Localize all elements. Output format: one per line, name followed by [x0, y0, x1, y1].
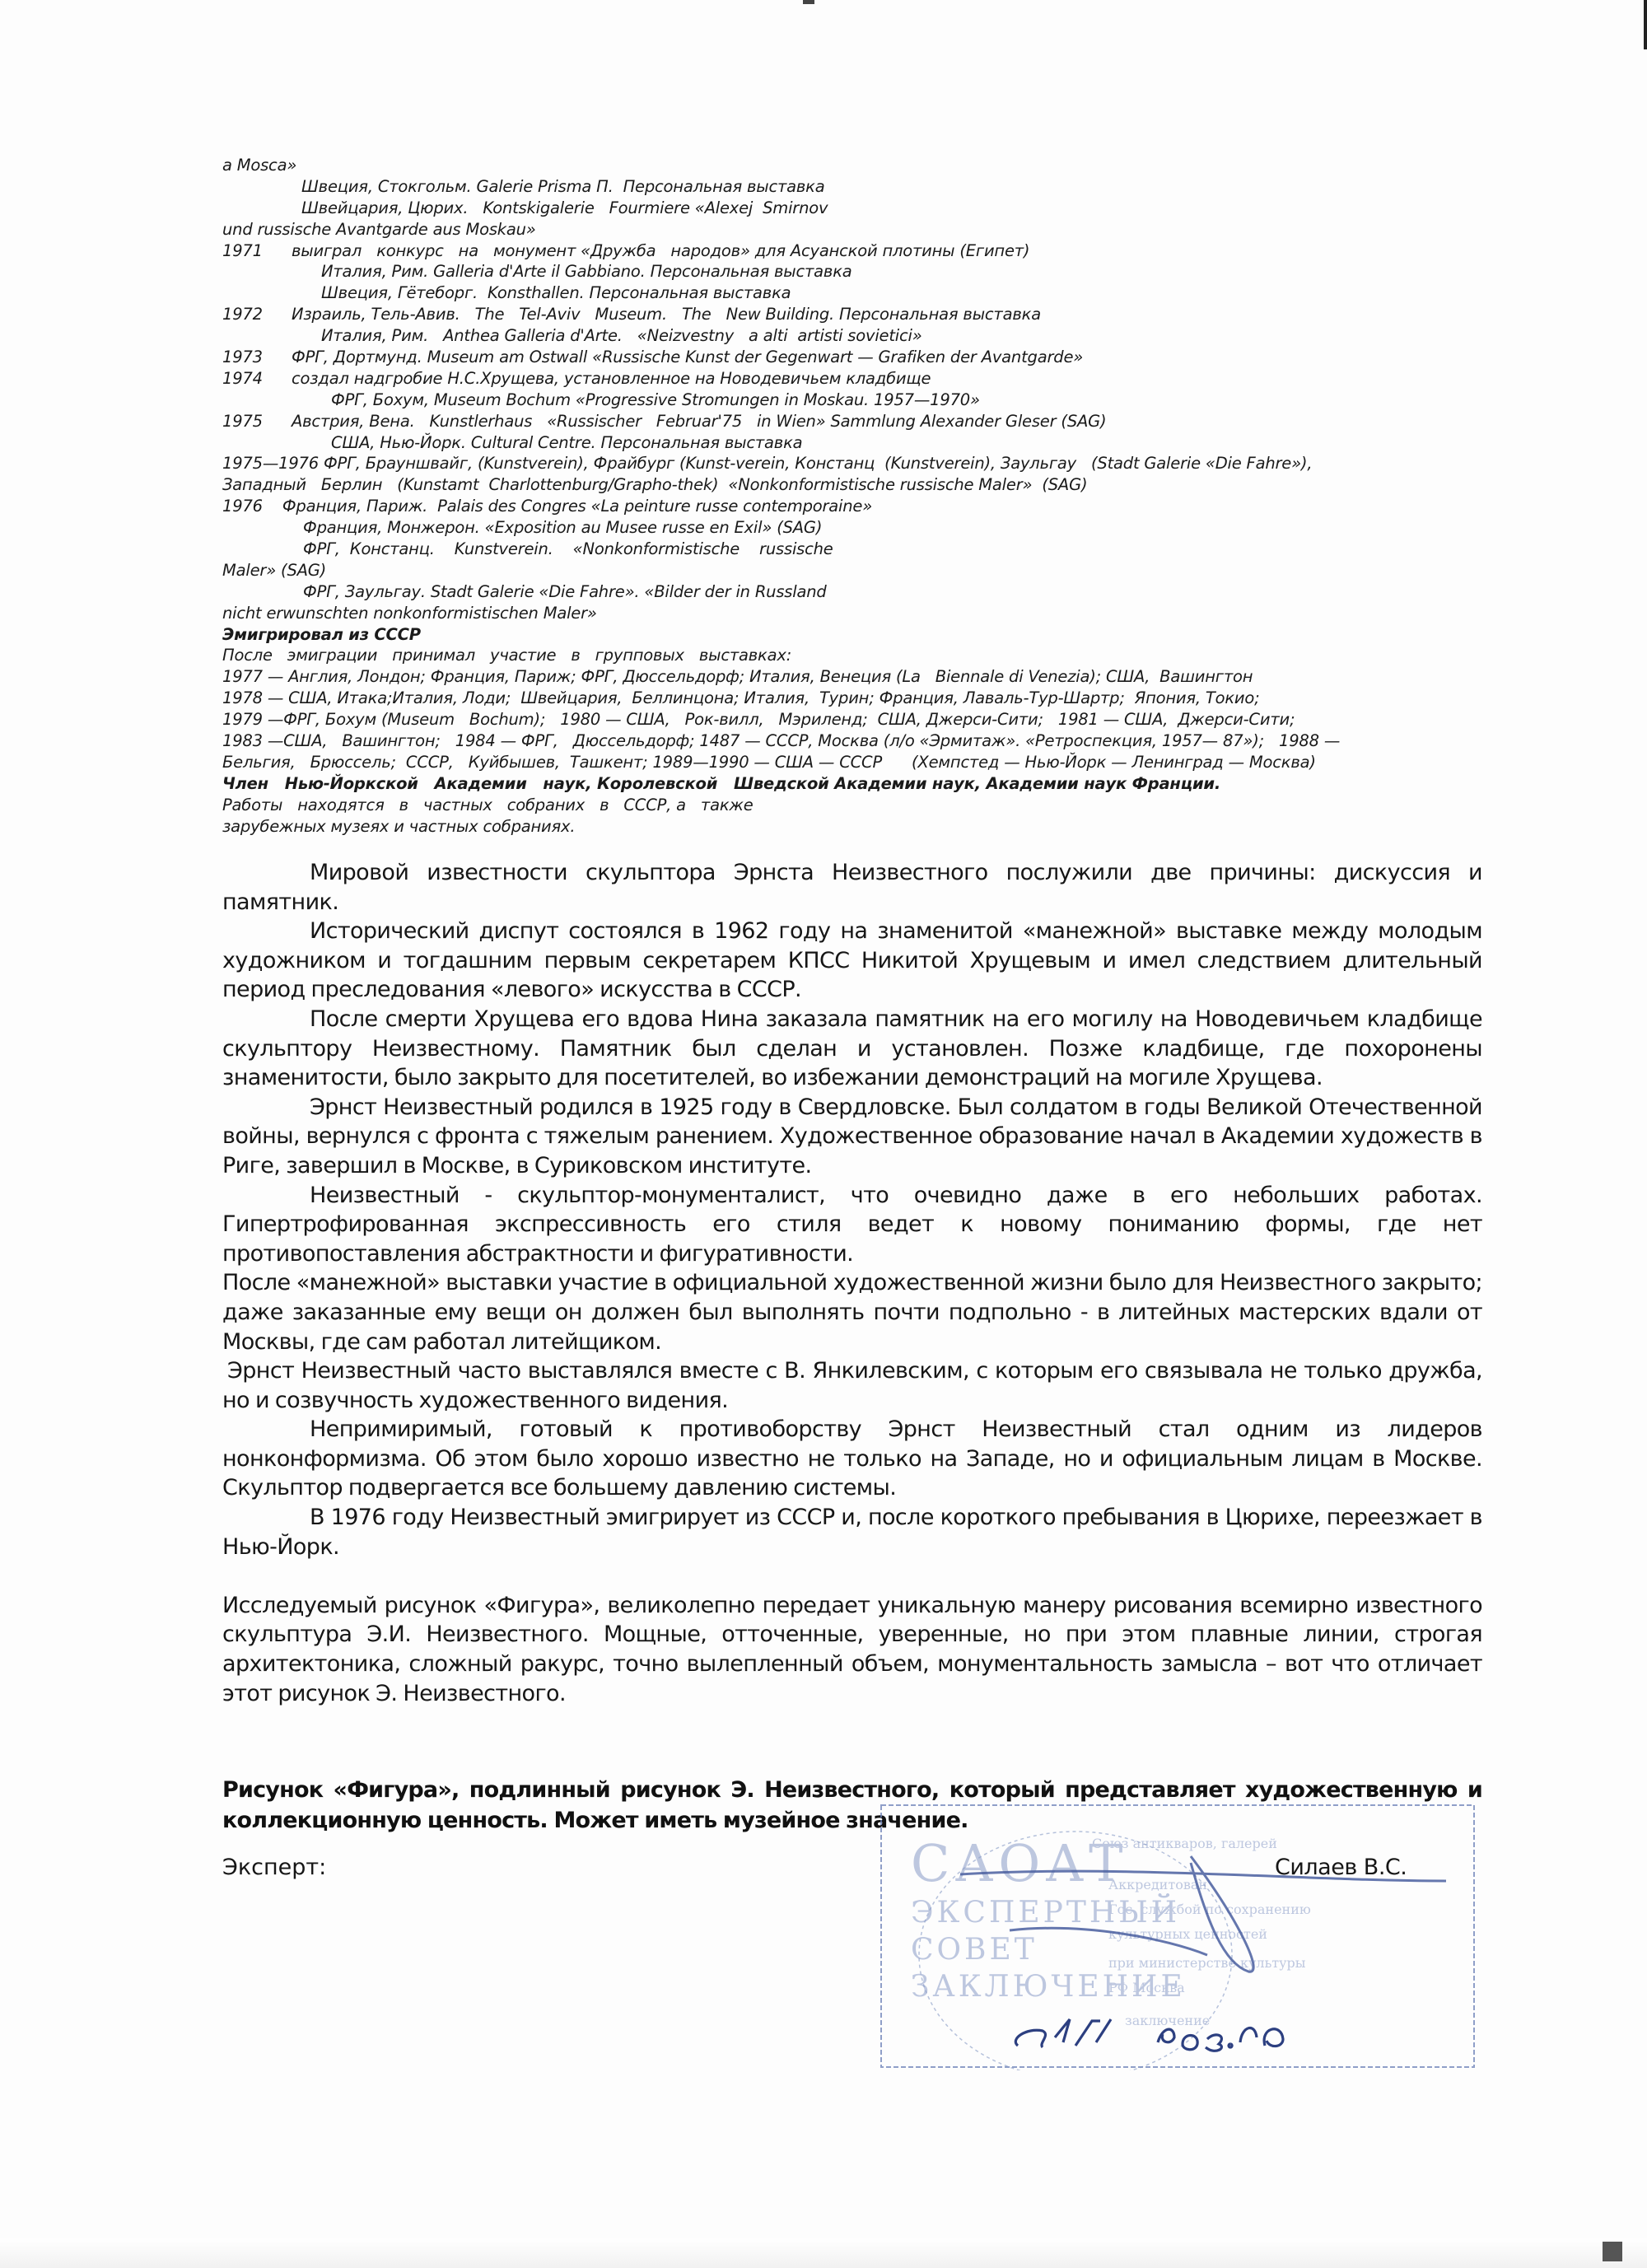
document-page: a Mosca»Швеция, Стокгольм. Galerie Prism… — [0, 0, 1647, 2268]
exhibition-line: 1978 — США, Итака;Италия, Лоди; Швейцари… — [222, 688, 1482, 709]
body-paragraph: После смерти Хрущева его вдова Нина зака… — [222, 1005, 1482, 1093]
exhibition-text: Италия, Рим. Galleria d'Arte il Gabbiano… — [321, 262, 852, 281]
svg-text:заключение: заключение — [1125, 2013, 1210, 2028]
exhibition-text: Швейцария, Цюрих. Kontskigalerie Fourmie… — [301, 198, 828, 217]
exhibition-text: США, Нью-Йорк. Cultural Centre. Персонал… — [321, 433, 802, 452]
exhibition-text: Италия, Рим. Anthea Galleria d'Arte. «Ne… — [321, 326, 922, 345]
exhibition-line: Италия, Рим. Anthea Galleria d'Arte. «Ne… — [222, 325, 1482, 347]
exhibition-year: 1972 — [222, 304, 292, 325]
exhibition-line: ФРГ, Бохум, Museum Bochum «Progressive S… — [222, 390, 1482, 411]
exhibition-line: Швеция, Стокгольм. Galerie Prisma П. Пер… — [222, 176, 1482, 198]
exhibition-text: зарубежных музеях и частных собраниях. — [222, 817, 575, 836]
exhibition-text: выиграл конкурс на монумент «Дружба наро… — [292, 241, 1029, 260]
scan-edge-mark — [1644, 0, 1647, 49]
exhibition-year: 1973 — [222, 347, 292, 368]
svg-text:САОАТ: САОАТ — [911, 1833, 1128, 1893]
exhibition-text: 1975—1976 ФРГ, Брауншвайг, (Kunstverein)… — [222, 454, 1312, 473]
exhibition-text: 1978 — США, Итака;Италия, Лоди; Швейцари… — [222, 688, 1260, 707]
exhibition-line: 1983 —США, Вашингтон; 1984 — ФРГ, Дюссел… — [222, 730, 1482, 752]
body-paragraph: Эрнст Неизвестный часто выставлялся вмес… — [222, 1356, 1482, 1415]
exhibition-line: Швейцария, Цюрих. Kontskigalerie Fourmie… — [222, 198, 1482, 219]
exhibition-line: 1977 — Англия, Лондон; Франция, Париж; Ф… — [222, 666, 1482, 688]
body-paragraph: Мировой известности скульптора Эрнста Не… — [222, 858, 1482, 917]
expert-label: Эксперт: — [222, 1855, 326, 1880]
body-paragraph: Непримиримый, готовый к противоборству Э… — [222, 1415, 1482, 1503]
exhibition-text: Работы находятся в частных собраних в СС… — [222, 796, 754, 814]
exhibition-line: Западный Берлин (Kunstamt Charlottenburg… — [222, 474, 1482, 496]
svg-text:Гос. службой по сохранению: Гос. службой по сохранению — [1108, 1902, 1311, 1917]
svg-text:Союз антикваров, галерей: Союз антикваров, галерей — [1092, 1836, 1277, 1851]
exhibition-line: Франция, Монжерон. «Exposition au Musee … — [222, 517, 1482, 539]
conclusion-text: Рисунок «Фигура», подлинный рисунок Э. Н… — [222, 1775, 1482, 1836]
body-text: Мировой известности скульптора Эрнста Не… — [222, 858, 1482, 1708]
exhibition-text: Франция, Монжерон. «Exposition au Musee … — [293, 518, 822, 537]
exhibition-line: Бельгия, Брюссель; СССР, Куйбышев, Ташке… — [222, 752, 1482, 773]
body-paragraph: После «манежной» выставки участие в офиц… — [222, 1268, 1482, 1356]
scan-mark — [803, 0, 814, 4]
scan-bottom-edge — [0, 2238, 1647, 2268]
exhibition-text: Maler» (SAG) — [222, 561, 326, 580]
exhibition-line: 1975Австрия, Вена. Kunstlerhaus «Russisc… — [222, 411, 1482, 432]
svg-text:при министерстве культуры: при министерстве культуры — [1108, 1955, 1306, 1971]
body-paragraph: Исследуемый рисунок «Фигура», великолепн… — [222, 1591, 1482, 1708]
official-stamp: САОАТ ЭКСПЕРТНЫЙ СОВЕТ ЗАКЛЮЧЕНИЕ Союз а… — [878, 1799, 1487, 2070]
exhibition-year: 1974 — [222, 368, 292, 390]
exhibition-line: Италия, Рим. Galleria d'Arte il Gabbiano… — [222, 261, 1482, 282]
exhibition-text: Австрия, Вена. Kunstlerhaus «Russischer … — [292, 412, 1106, 431]
exhibition-text: Западный Берлин (Kunstamt Charlottenburg… — [222, 475, 1087, 494]
exhibition-line: 1973ФРГ, Дортмунд. Museum am Ostwall «Ru… — [222, 347, 1482, 368]
svg-text:РФ Москва: РФ Москва — [1108, 1980, 1185, 1995]
exhibition-line: 1979 —ФРГ, Бохум (Museum Bochum); 1980 —… — [222, 709, 1482, 730]
exhibition-text: und russische Avantgarde aus Moskau» — [222, 220, 536, 239]
scan-corner-mark — [1603, 2242, 1622, 2261]
svg-text:культурных ценностей: культурных ценностей — [1108, 1926, 1267, 1942]
exhibition-text: ФРГ, Констанц. Kunstverein. «Nonkonformi… — [293, 539, 833, 558]
exhibition-text: ФРГ, Заульгау. Stadt Galerie «Die Fahre»… — [293, 582, 827, 601]
exhibition-line: ФРГ, Констанц. Kunstverein. «Nonkonformi… — [222, 539, 1482, 560]
exhibition-text: 1976 Франция, Париж. Palais des Congres … — [222, 497, 872, 516]
exhibition-text: 1977 — Англия, Лондон; Франция, Париж; Ф… — [222, 667, 1253, 686]
exhibition-line: a Mosca» — [222, 155, 1482, 176]
exhibition-line: und russische Avantgarde aus Moskau» — [222, 219, 1482, 240]
body-paragraph: В 1976 году Неизвестный эмигрирует из СС… — [222, 1503, 1482, 1561]
exhibition-text: Эмигрировал из СССР — [222, 625, 421, 644]
exhibition-line: Работы находятся в частных собраних в СС… — [222, 795, 1482, 816]
exhibition-text: После эмиграции принимал участие в групп… — [222, 646, 791, 665]
svg-text:СОВЕТ: СОВЕТ — [911, 1933, 1038, 1967]
svg-text:ЗАКЛЮЧЕНИЕ: ЗАКЛЮЧЕНИЕ — [911, 1970, 1186, 2004]
exhibition-line: ФРГ, Заульгау. Stadt Galerie «Die Fahre»… — [222, 581, 1482, 603]
exhibition-text: 1979 —ФРГ, Бохум (Museum Bochum); 1980 —… — [222, 710, 1295, 729]
exhibition-text: Бельгия, Брюссель; СССР, Куйбышев, Ташке… — [222, 753, 1316, 772]
exhibition-text: Израиль, Тель-Авив. The Tel-Aviv Museum.… — [292, 305, 1041, 324]
svg-text:ЭКСПЕРТНЫЙ: ЭКСПЕРТНЫЙ — [911, 1894, 1180, 1930]
expert-name: Силаев В.С. — [1275, 1855, 1407, 1880]
exhibition-year: 1971 — [222, 240, 292, 262]
exhibition-text: Швеция, Гётеборг. Konsthallen. Персональ… — [321, 283, 791, 302]
exhibition-text: nicht erwunschten nonkonformistischen Ma… — [222, 604, 597, 623]
exhibition-line: 1976 Франция, Париж. Palais des Congres … — [222, 496, 1482, 517]
exhibition-line: Эмигрировал из СССР — [222, 624, 1482, 646]
exhibition-line: зарубежных музеях и частных собраниях. — [222, 816, 1482, 838]
exhibition-line: 1975—1976 ФРГ, Брауншвайг, (Kunstverein)… — [222, 453, 1482, 474]
body-paragraph: Неизвестный - скульптор-монументалист, ч… — [222, 1181, 1482, 1269]
exhibition-line: 1971выиграл конкурс на монумент «Дружба … — [222, 240, 1482, 262]
exhibition-list: a Mosca»Швеция, Стокгольм. Galerie Prism… — [222, 155, 1482, 838]
exhibition-line: Швеция, Гётеборг. Konsthallen. Персональ… — [222, 282, 1482, 304]
exhibition-line: 1972Израиль, Тель-Авив. The Tel-Aviv Mus… — [222, 304, 1482, 325]
exhibition-text: создал надгробие Н.С.Хрущева, установлен… — [292, 369, 931, 388]
exhibition-text: a Mosca» — [222, 156, 296, 175]
body-paragraph: Исторический диспут состоялся в 1962 год… — [222, 917, 1482, 1005]
exhibition-text: 1983 —США, Вашингтон; 1984 — ФРГ, Дюссел… — [222, 731, 1340, 750]
exhibition-line: Член Нью-Йоркской Академии наук, Королев… — [222, 773, 1482, 795]
exhibition-text: Член Нью-Йоркской Академии наук, Королев… — [222, 774, 1220, 793]
exhibition-line: Maler» (SAG) — [222, 560, 1482, 581]
exhibition-line: После эмиграции принимал участие в групп… — [222, 645, 1482, 666]
exhibition-line: nicht erwunschten nonkonformistischen Ma… — [222, 603, 1482, 624]
body-paragraph: Эрнст Неизвестный родился в 1925 году в … — [222, 1093, 1482, 1181]
exhibition-line: США, Нью-Йорк. Cultural Centre. Персонал… — [222, 432, 1482, 454]
svg-text:Аккредитован: Аккредитован — [1108, 1877, 1207, 1892]
exhibition-year: 1975 — [222, 411, 292, 432]
exhibition-text: ФРГ, Бохум, Museum Bochum «Progressive S… — [321, 390, 980, 409]
exhibition-text: Швеция, Стокгольм. Galerie Prisma П. Пер… — [301, 177, 825, 196]
exhibition-line: 1974создал надгробие Н.С.Хрущева, устано… — [222, 368, 1482, 390]
exhibition-text: ФРГ, Дортмунд. Museum am Ostwall «Russis… — [292, 348, 1083, 366]
